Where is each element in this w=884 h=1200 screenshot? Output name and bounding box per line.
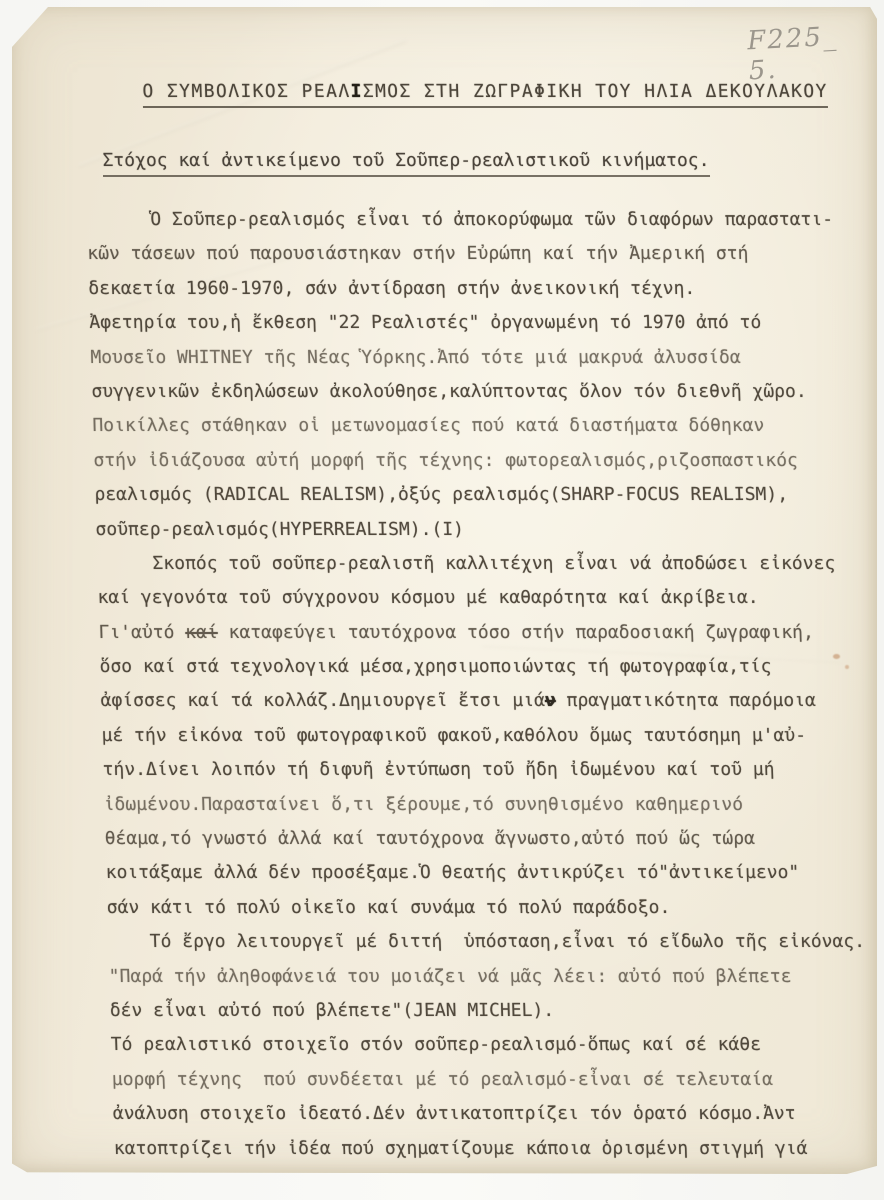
typed-line: Ποικίλλες στάθηκαν οἱ μετωνομασίες πού κ… <box>92 409 884 443</box>
typed-line: ἰδωμένου.Παρασταίνει ὅ,τι ξέρουμε,τό συν… <box>103 788 884 822</box>
typed-line: μέ τήν εἰκόνα τοῦ φωτογραφικοῦ φακοῦ,καθ… <box>101 719 884 753</box>
typed-line: Γι'αὐτό καί καταφεύγει ταυτόχρονα τόσο σ… <box>98 616 884 650</box>
typed-text: ἀφίσσες καί τά κολλάζ.Δημιουργεῖ ἔτσι μι… <box>100 690 545 711</box>
typed-content: Ο ΣΥΜΒΟΛΙΚΟΣ ΡΕΑΛΙΣΜΟΣ ΣΤΗ ΖΩΓΡΑΦΙΚΗ ΤΟΥ… <box>12 7 884 1174</box>
typed-line: Μουσεῖο WHITNEY τῆς Νέας Ὑόρκης.Ἀπό τότε… <box>90 341 884 375</box>
typed-line: καί γεγονότα τοῦ σύγχρονου κόσμου μέ καθ… <box>97 581 884 615</box>
typed-line: σοῦπερ-ρεαλισμός(HYPERREALISM).(Ι) <box>95 513 884 547</box>
document-paper: F225_ 5. Ο ΣΥΜΒΟΛΙΚΟΣ ΡΕΑΛΙΣΜΟΣ ΣΤΗ ΖΩΓΡ… <box>12 7 877 1174</box>
typed-line: Τό ἔργο λειτουργεῖ μέ διττή ὑπόσταση,εἶν… <box>107 925 884 959</box>
section-heading: Στόχος καί ἀντικείμενο τοῦ Σοῦπερ-ρεαλισ… <box>102 150 710 177</box>
title-text: ΣΜΟΣ ΣΤΗ ΖΩΓΡΑΦΙΚΗ ΤΟΥ ΗΛΙΑ ΔΕΚΟΥΛΑΚΟΥ <box>362 81 828 102</box>
typed-line: κοιτάξαμε ἀλλά δέν προσέξαμε.Ὁ θεατής ἀν… <box>105 856 884 890</box>
typed-line: τήν.Δίνει λοιπόν τή διφυῆ ἐντύπωση τοῦ ἤ… <box>102 753 884 787</box>
title-text: Ο ΣΥΜΒΟΛΙΚΟΣ ΡΕΑΛ <box>142 81 351 102</box>
typed-line: σάν κάτι τό πολύ οἰκεῖο καί συνάμα τό πο… <box>106 891 884 925</box>
typed-line: δέν εἶναι αὐτό πού βλέπετε"(JEAN MICHEL)… <box>109 994 884 1028</box>
typed-text: Γι'αὐτό <box>98 622 185 643</box>
typed-line: ἀνάλυση στοιχεῖο ἰδεατό.Δέν ἀντικατοπτρί… <box>112 1097 884 1131</box>
typed-line: Σκοπός τοῦ σοῦπερ-ρεαλιστῆ καλλιτέχνη εἶ… <box>96 547 884 581</box>
typed-line: Τό ρεαλιστικό στοιχεῖο στόν σοῦπερ-ρεαλι… <box>110 1028 884 1062</box>
typed-line: "Παρά τήν ἀληθοφάνειά του μοιάζει νά μᾶς… <box>108 960 884 994</box>
typed-line: ὅσο καί στά τεχνολογικά μέσα,χρησιμοποιώ… <box>99 650 884 684</box>
typed-line: Ἀφετηρία του,ἡ ἔκθεση "22 Ρεαλιστές" ὀργ… <box>89 306 884 340</box>
strikethrough-word: καί <box>185 622 218 643</box>
typed-line: συγγενικῶν ἐκδηλώσεων ἀκολούθησε,καλύπτο… <box>91 375 884 409</box>
typed-text: καταφεύγει ταυτόχρονα τόσο στήν παραδοσι… <box>217 622 814 643</box>
typed-line: ἀφίσσες καί τά κολλάζ.Δημιουργεῖ ἔτσι μι… <box>100 684 884 718</box>
strikethrough-letter: ν <box>545 690 556 711</box>
typed-line: Ὁ Σοῦπερ-ρεαλισμός εἶναι τό ἀποκορύφωμα … <box>86 203 884 237</box>
typed-line: μορφή τέχνης πού συνδέεται μέ τό ρεαλισμ… <box>111 1063 884 1097</box>
typed-line: κῶν τάσεων πού παρουσιάστηκαν στήν Εὐρώπ… <box>87 237 884 271</box>
typed-text: πραγματικότητα παρόμοια <box>555 690 816 711</box>
typed-line: στήν ἰδιάζουσα αὐτή μορφή τῆς τέχνης: φω… <box>93 444 884 478</box>
document-title: Ο ΣΥΜΒΟΛΙΚΟΣ ΡΕΑΛΙΣΜΟΣ ΣΤΗ ΖΩΓΡΑΦΙΚΗ ΤΟΥ… <box>142 81 828 108</box>
typed-line: δεκαετία 1960-1970, σάν ἀντίδραση στήν ἀ… <box>88 272 884 306</box>
typed-line: θέαμα,τό γνωστό ἀλλά καί ταυτόχρονα ἄγνω… <box>104 822 884 856</box>
overstruck-letter: Ι <box>350 81 363 102</box>
document-body: Ὁ Σοῦπερ-ρεαλισμός εἶναι τό ἀποκορύφωμα … <box>86 203 884 1166</box>
typed-line: ρεαλισμός (RADICAL REALISM),ὀξύς ρεαλισμ… <box>94 478 884 512</box>
typed-line: κατοπτρίζει τήν ἰδέα πού σχηματίζουμε κά… <box>113 1132 884 1166</box>
scanner-bed: { "colors":{"ink":"#473f33","paper":"#f1… <box>0 0 884 1200</box>
